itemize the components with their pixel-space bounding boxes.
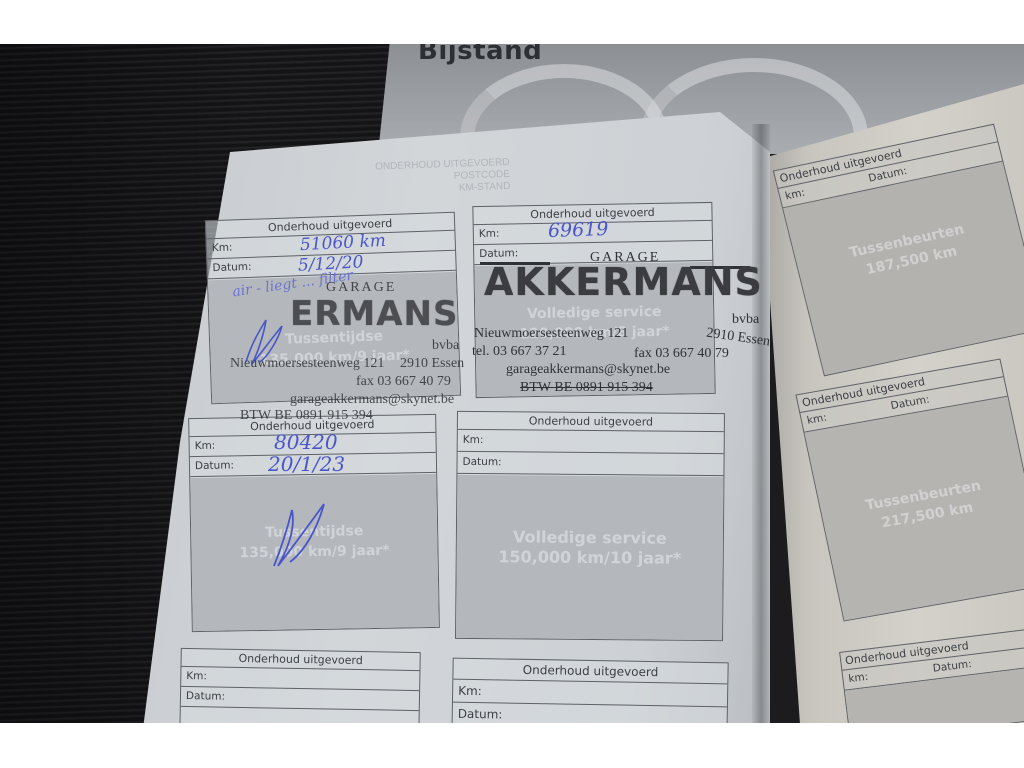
service-entry: Onderhoud uitgevoerd Km: Datum: <box>179 648 421 723</box>
entry-header: Onderhoud uitgevoerd <box>458 412 724 432</box>
stamp-brand: AKKERMANS <box>484 260 763 304</box>
faint-header: ONDERHOUD UITGEVOERD POSTCODE KM-STAND <box>329 157 510 199</box>
service-entry: Onderhoud uitgevoerd Km: Datum: <box>451 658 728 723</box>
garage-stamp-partial: GARAGE ERMANS bvba 2910 Essen Nieuwmoers… <box>220 280 480 430</box>
service-panel: Tussenbeurten 217,500 km <box>804 397 1024 621</box>
garage-stamp: GARAGE AKKERMANS bvba Nieuwmoersesteenwe… <box>450 244 770 394</box>
signature-icon <box>262 496 342 576</box>
service-panel: Volledige service 150,000 km/10 jaar* <box>456 475 723 640</box>
cover-title: Bijstand <box>418 44 542 66</box>
km-row: Km: <box>458 430 724 454</box>
service-entry: Onderhoud uitgevoerd Km: Datum: Volledig… <box>455 411 725 641</box>
service-label: Tussenbeurten 187,500 km <box>795 208 1024 293</box>
handwritten-date: 20/1/23 <box>268 456 345 473</box>
handwritten-km: 69619 <box>548 221 609 240</box>
book-gutter <box>752 124 770 723</box>
datum-row: Datum: <box>457 452 723 476</box>
handwritten-km: 80420 <box>274 434 338 451</box>
service-label: Tussenbeurten 217,500 km <box>820 468 1024 543</box>
datum-row: Datum: <box>181 687 419 711</box>
photo: Bijstand ONDERHOUD UITGEVOERD POSTCODE K… <box>0 44 1024 723</box>
service-label: Volledige service 150,000 km/10 jaar* <box>457 527 723 569</box>
handwritten-km: 51060 km <box>300 233 387 254</box>
